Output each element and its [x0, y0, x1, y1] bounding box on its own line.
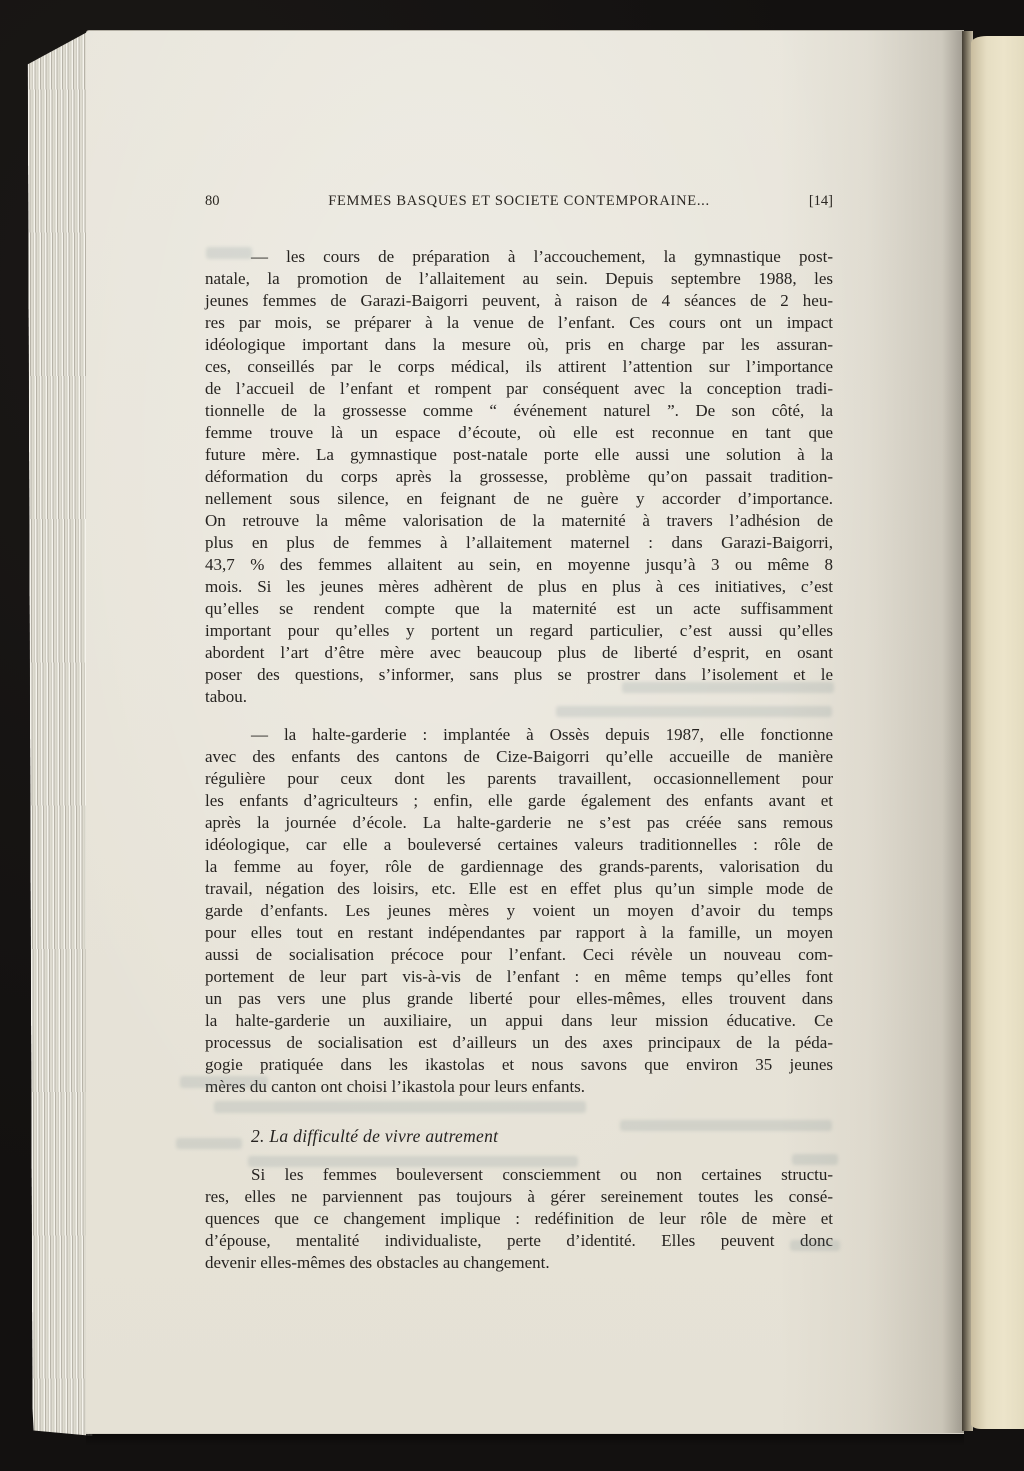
text-line: un pas vers une plus grande liberté pour… [205, 988, 833, 1010]
text-line: mères du canton ont choisi l’ikastola po… [205, 1076, 833, 1098]
page-bottom-shadow [86, 1434, 964, 1446]
text-line: d’épouse, mentalité individualiste, pert… [205, 1230, 833, 1252]
text-line: garde d’enfants. Les jeunes mères y voie… [205, 900, 833, 922]
facing-page-edge [971, 36, 1024, 1429]
text-line: idéologique, car elle a bouleversé certa… [205, 834, 833, 856]
text-line: — la halte-garderie : implantée à Ossès … [205, 724, 833, 746]
text-line: femme trouve là un espace d’écoute, où e… [205, 422, 833, 444]
text-line: après la journée d’école. La halte-garde… [205, 812, 833, 834]
text-line: régulière pour ceux dont les parents tra… [205, 768, 833, 790]
paragraph: Si les femmes bouleversent consciemment … [205, 1164, 833, 1274]
text-line: travail, négation des loisirs, etc. Elle… [205, 878, 833, 900]
text-line: pour elles tout en restant indépendantes… [205, 922, 833, 944]
text-line: res, elles ne parviennent pas toujours à… [205, 1186, 833, 1208]
text-line: qu’elles se rendent compte que la matern… [205, 598, 833, 620]
text-line: processus de socialisation est d’ailleur… [205, 1032, 833, 1054]
text-line: natale, la promotion de l’allaitement au… [205, 268, 833, 290]
page-stack-edge [28, 32, 93, 1436]
text-line: future mère. La gymnastique post-natale … [205, 444, 833, 466]
text-line: mois. Si les jeunes mères adhèrent de pl… [205, 576, 833, 598]
text-line: de l’accueil de l’enfant et rompent par … [205, 378, 833, 400]
text-line: important pour qu’elles y portent un reg… [205, 620, 833, 642]
text-line: les enfants d’agriculteurs ; enfin, elle… [205, 790, 833, 812]
text-line: poser des questions, s’informer, sans pl… [205, 664, 833, 686]
text-line: res par mois, se préparer à la venue de … [205, 312, 833, 334]
text-line: idéologique important dans la mesure où,… [205, 334, 833, 356]
paragraph: — la halte-garderie : implantée à Ossès … [205, 724, 833, 1098]
text-line: gogie pratiquée dans les ikastolas et no… [205, 1054, 833, 1076]
text-line: — les cours de préparation à l’accouchem… [205, 246, 833, 268]
text-line: devenir elles-mêmes des obstacles au cha… [205, 1252, 833, 1274]
text-line: plus en plus de femmes à l’allaitement m… [205, 532, 833, 554]
page-header: 80 FEMMES BASQUES ET SOCIETE CONTEMPORAI… [205, 193, 833, 215]
text-line: On retrouve la même valorisation de la m… [205, 510, 833, 532]
page-number: 80 [205, 193, 295, 210]
text-block: — les cours de préparation à l’accouchem… [205, 246, 833, 1274]
text-line: 43,7 % des femmes allaitent au sein, en … [205, 554, 833, 576]
text-line: déformation du corps après la grossesse,… [205, 466, 833, 488]
paragraph: — les cours de préparation à l’accouchem… [205, 246, 833, 708]
text-line: avec des enfants des cantons de Cize-Bai… [205, 746, 833, 768]
book-photo: 80 FEMMES BASQUES ET SOCIETE CONTEMPORAI… [0, 0, 1024, 1471]
text-line: nellement sous silence, en feignant de n… [205, 488, 833, 510]
text-line: abordent l’art d’être mère avec beaucoup… [205, 642, 833, 664]
text-line: aussi de socialisation précoce pour l’en… [205, 944, 833, 966]
text-line: jeunes femmes de Garazi-Baigorri peuvent… [205, 290, 833, 312]
reference-number: [14] [743, 193, 833, 210]
text-line: tionnelle de la grossesse comme “ événem… [205, 400, 833, 422]
running-title: FEMMES BASQUES ET SOCIETE CONTEMPORAINE.… [295, 193, 743, 210]
text-line: quences que ce changement implique : red… [205, 1208, 833, 1230]
text-line: tabou. [205, 686, 833, 708]
text-line: portement de leur part vis-à-vis de l’en… [205, 966, 833, 988]
section-heading: 2. La difficulté de vivre autrement [205, 1125, 833, 1147]
text-line: la femme au foyer, rôle de gardiennage d… [205, 856, 833, 878]
text-line: la halte-garderie un auxiliaire, un appu… [205, 1010, 833, 1032]
text-line: ces, conseillés par le corps médical, il… [205, 356, 833, 378]
text-line: Si les femmes bouleversent consciemment … [205, 1164, 833, 1186]
